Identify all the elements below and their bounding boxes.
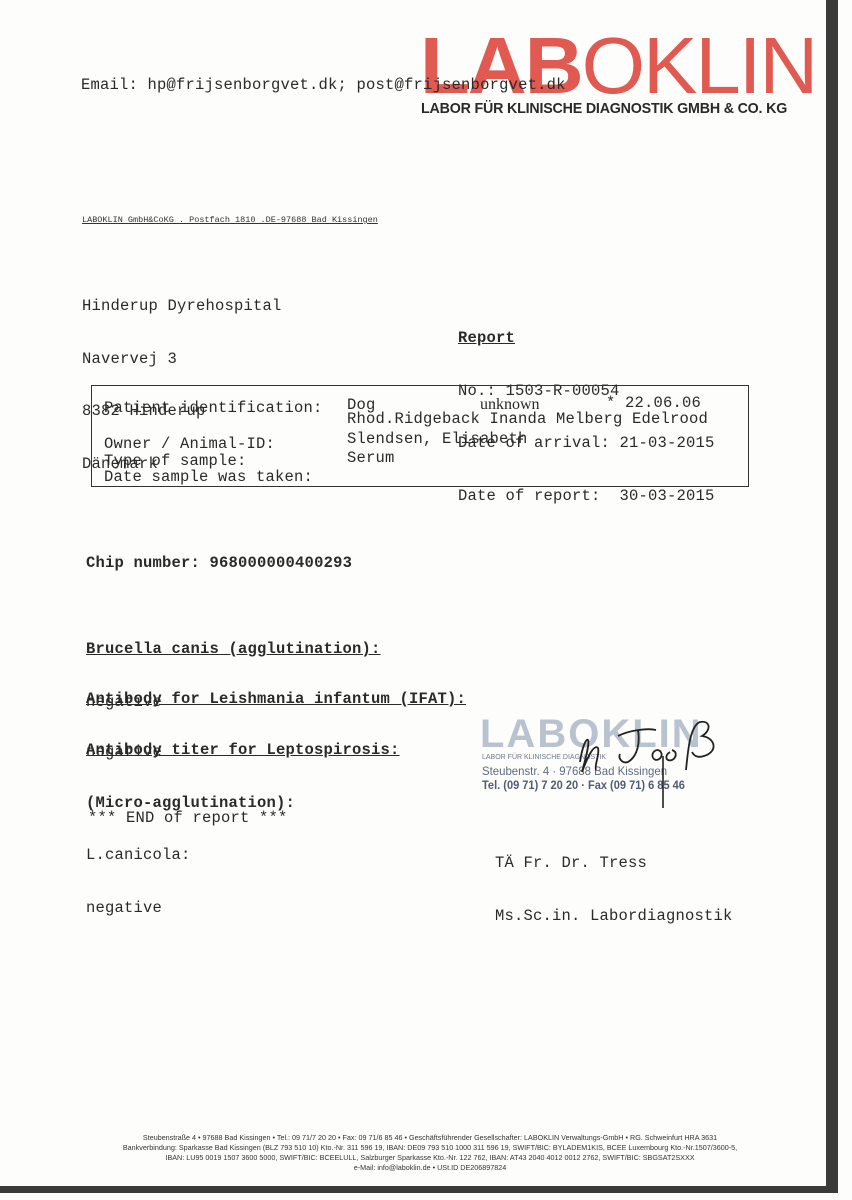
logo-bold-part: LAB	[420, 21, 582, 110]
recipient-line: Hinderup Dyrehospital	[82, 298, 282, 316]
sample-type-value: Serum	[347, 450, 395, 468]
signatory-title: Ms.Sc.in. Labordiagnostik	[495, 908, 733, 926]
owner-value: Slendsen, Elisabeth	[347, 431, 528, 449]
footer-line: Bankverbindung: Sparkasse Bad Kissingen …	[40, 1143, 820, 1153]
logo-subtitle: LABOR FÜR KLINISCHE DIAGNOSTIK GMBH & CO…	[421, 100, 787, 117]
scan-edge-right	[826, 0, 838, 1192]
chip-number-value: 968000000400293	[210, 554, 353, 572]
scan-margin-right	[838, 0, 852, 1200]
email-line: Email: hp@frijsenborgvet.dk; post@frijse…	[81, 77, 566, 95]
footer-line: Steubenstraße 4 • 97688 Bad Kissingen • …	[40, 1133, 820, 1143]
date-taken-label: Date sample was taken:	[104, 469, 313, 487]
footer: Steubenstraße 4 • 97688 Bad Kissingen • …	[40, 1133, 820, 1173]
scan-edge-bottom	[0, 1186, 838, 1193]
sender-line: LABOKLIN GmbH&CoKG . Postfach 1810 .DE-9…	[82, 215, 378, 225]
result-serovar: L.canicola:	[86, 847, 400, 865]
end-of-report: *** END of report ***	[88, 810, 288, 828]
report-title: Report	[458, 330, 715, 348]
result-heading: Antibody for Leishmania infantum (IFAT):	[86, 691, 466, 709]
owner-label: Owner / Animal-ID:	[104, 436, 275, 454]
signatory-name: TÄ Fr. Dr. Tress	[495, 855, 733, 873]
chip-number: Chip number: 968000000400293	[86, 555, 352, 573]
result-leptospirosis: Antibody titer for Leptospirosis: (Micro…	[86, 707, 400, 952]
handwritten-signature	[560, 700, 730, 810]
result-value: negative	[86, 900, 400, 918]
signatory: TÄ Fr. Dr. Tress Ms.Sc.in. Labordiagnost…	[495, 820, 733, 960]
scan-margin-bottom	[0, 1193, 852, 1200]
chip-number-label: Chip number:	[86, 554, 200, 572]
logo-regular-part: OKLIN	[582, 21, 817, 110]
report-date: Date of report: 30-03-2015	[458, 488, 715, 506]
patient-identification-label: Patient identification:	[104, 400, 323, 418]
patient-breed-name: Rhod.Ridgeback Inanda Melberg Edelrood	[347, 411, 708, 429]
footer-line: e-Mail: info@laboklin.de • USt.ID DE2068…	[40, 1163, 820, 1173]
footer-line: IBAN: LU95 0019 1507 3600 5000, SWIFT/BI…	[40, 1153, 820, 1163]
recipient-line: Navervej 3	[82, 351, 282, 369]
lab-report-page: LABOKLIN LABOR FÜR KLINISCHE DIAGNOSTIK …	[0, 0, 852, 1200]
result-heading: Antibody titer for Leptospirosis:	[86, 742, 400, 760]
